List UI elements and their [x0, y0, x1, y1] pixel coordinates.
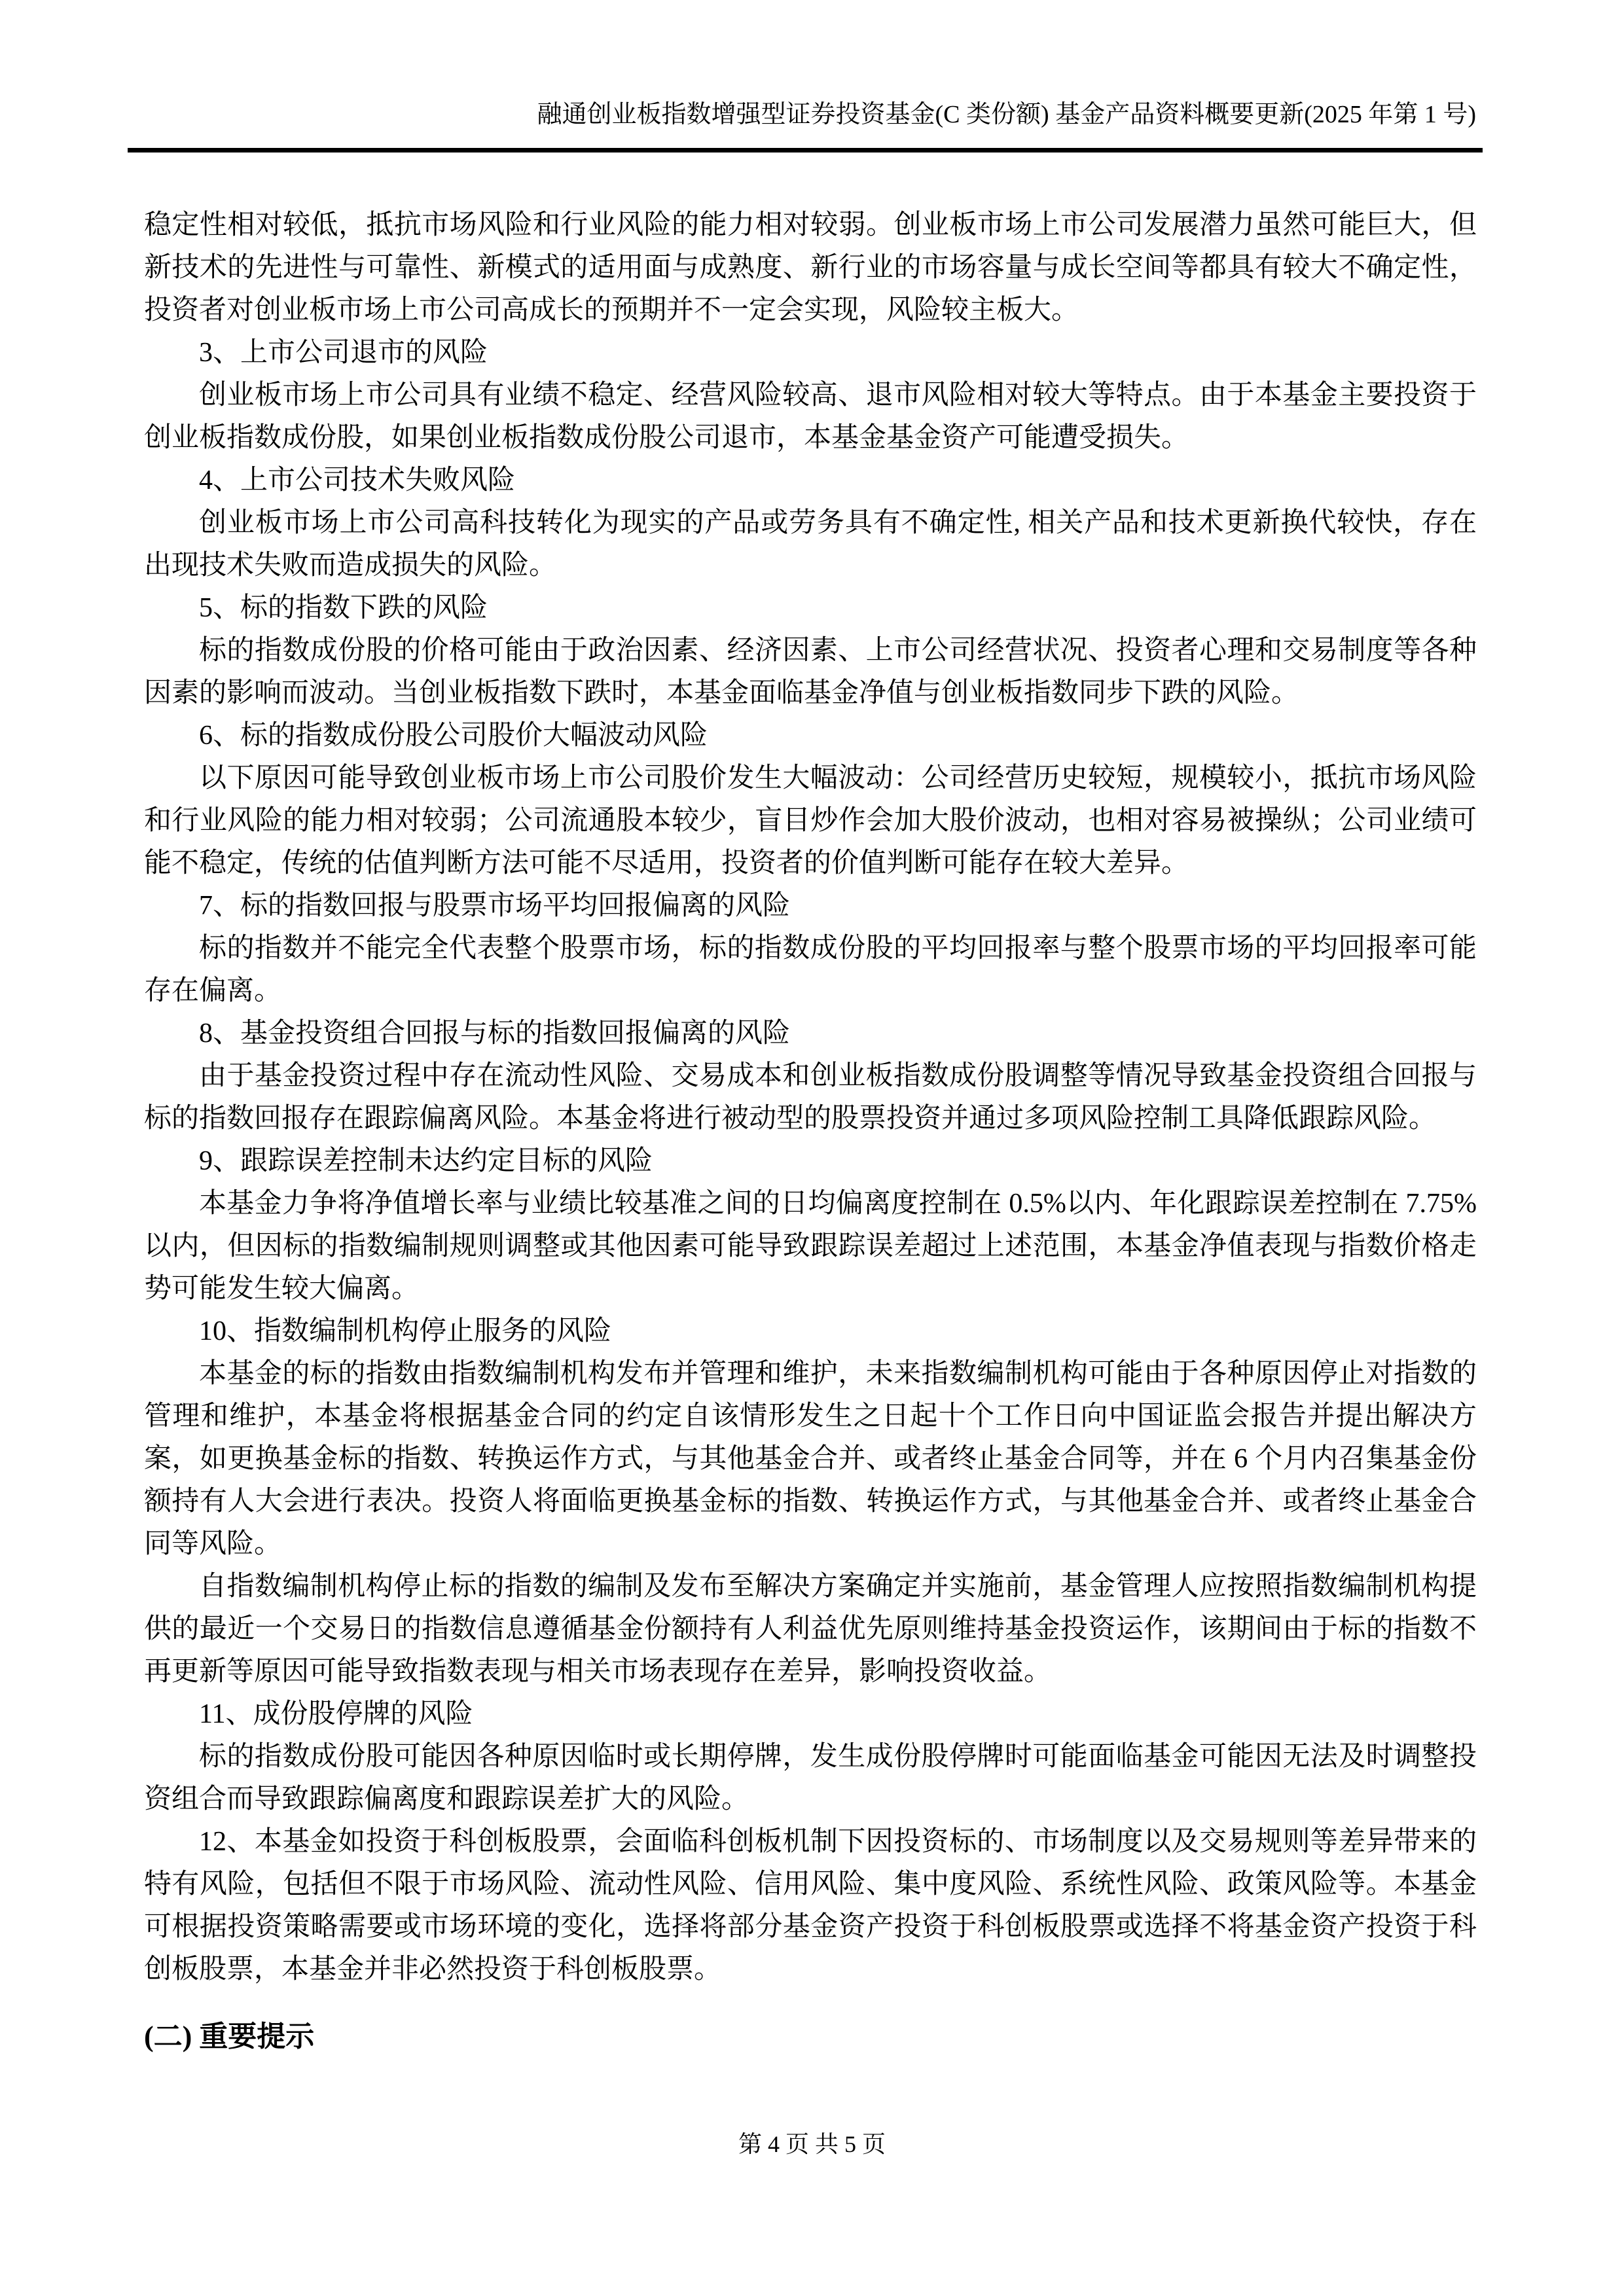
risk-6-body: 以下原因可能导致创业板市场上市公司股价发生大幅波动：公司经营历史较短，规模较小，… [144, 757, 1477, 885]
risk-4-body: 创业板市场上市公司高科技转化为现实的产品或劳务具有不确定性, 相关产品和技术更新… [144, 502, 1477, 587]
risk-5-heading: 5、标的指数下跌的风险 [144, 587, 1477, 630]
risk-9-heading: 9、跟踪误差控制未达约定目标的风险 [144, 1140, 1477, 1183]
risk-8-body: 由于基金投资过程中存在流动性风险、交易成本和创业板指数成份股调整等情况导致基金投… [144, 1055, 1477, 1140]
risk-10-heading: 10、指数编制机构停止服务的风险 [144, 1310, 1477, 1353]
paragraph-continuation: 稳定性相对较低，抵抗市场风险和行业风险的能力相对较弱。创业板市场上市公司发展潜力… [144, 204, 1477, 332]
risk-5-body: 标的指数成份股的价格可能由于政治因素、经济因素、上市公司经营状况、投资者心理和交… [144, 630, 1477, 715]
risk-3-body: 创业板市场上市公司具有业绩不稳定、经营风险较高、退市风险相对较大等特点。由于本基… [144, 374, 1477, 459]
risk-12-paragraph: 12、本基金如投资于科创板股票，会面临科创板机制下因投资标的、市场制度以及交易规… [144, 1821, 1477, 1991]
document-header-title: 融通创业板指数增强型证券投资基金(C 类份额) 基金产品资料概要更新(2025 … [128, 99, 1483, 130]
risk-9-body: 本基金力争将净值增长率与业绩比较基准之间的日均偏离度控制在 0.5%以内、年化跟… [144, 1183, 1477, 1310]
document-page: 融通创业板指数增强型证券投资基金(C 类份额) 基金产品资料概要更新(2025 … [0, 0, 1624, 2296]
risk-10-body-2: 自指数编制机构停止标的指数的编制及发布至解决方案确定并实施前，基金管理人应按照指… [144, 1566, 1477, 1693]
risk-8-heading: 8、基金投资组合回报与标的指数回报偏离的风险 [144, 1013, 1477, 1055]
document-body: 稳定性相对较低，抵抗市场风险和行业风险的能力相对较弱。创业板市场上市公司发展潜力… [144, 204, 1477, 2058]
risk-4-heading: 4、上市公司技术失败风险 [144, 459, 1477, 502]
page-number: 第 4 页 共 5 页 [738, 2131, 886, 2157]
risk-7-heading: 7、标的指数回报与股票市场平均回报偏离的风险 [144, 885, 1477, 927]
risk-3-heading: 3、上市公司退市的风险 [144, 332, 1477, 374]
page-footer: 第 4 页 共 5 页 [0, 2129, 1624, 2159]
risk-11-heading: 11、成份股停牌的风险 [144, 1693, 1477, 1736]
risk-7-body: 标的指数并不能完全代表整个股票市场，标的指数成份股的平均回报率与整个股票市场的平… [144, 927, 1477, 1013]
page-header: 融通创业板指数增强型证券投资基金(C 类份额) 基金产品资料概要更新(2025 … [128, 0, 1483, 152]
section-heading-important-notice: (二) 重要提示 [144, 2015, 1477, 2058]
risk-10-body: 本基金的标的指数由指数编制机构发布并管理和维护，未来指数编制机构可能由于各种原因… [144, 1353, 1477, 1566]
risk-11-body: 标的指数成份股可能因各种原因临时或长期停牌，发生成份股停牌时可能面临基金可能因无… [144, 1736, 1477, 1821]
risk-6-heading: 6、标的指数成份股公司股价大幅波动风险 [144, 715, 1477, 757]
